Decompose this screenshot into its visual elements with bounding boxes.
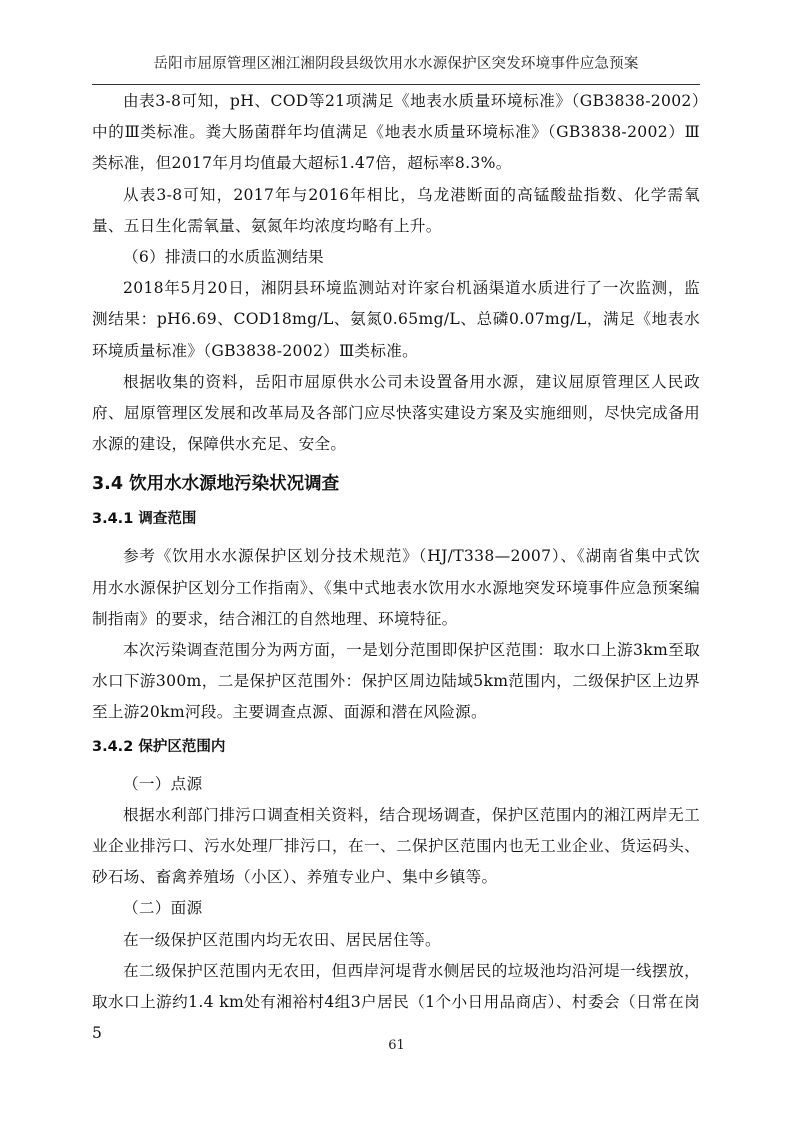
paragraph-second-level-zone: 在二级保护区范围内无农田，但西岸河堤背水侧居民的垃圾池均沿河堤一线摆放，取水口上… — [92, 956, 700, 1050]
page-number: 61 — [0, 1038, 793, 1053]
paragraph-monitoring-result: 2018年5月20日，湘阴县环境监测站对许家台机涵渠道水质进行了一次监测，监测结… — [92, 273, 700, 367]
paragraph-first-level-zone: 在一级保护区范围内均无农田、居民居住等。 — [92, 925, 700, 956]
paragraph-point-source: 根据水利部门排污口调查相关资料，结合现场调查，保护区范围内的湘江两岸无工业企业排… — [92, 800, 700, 894]
running-header: 岳阳市屈原管理区湘江湘阴段县级饮用水水源保护区突发环境事件应急预案 — [92, 52, 700, 73]
section-heading-3-4-1: 3.4.1 调查范围 — [92, 507, 700, 531]
section-heading-3-4-2: 3.4.2 保护区范围内 — [92, 735, 700, 759]
paragraph-trend-comparison: 从表3-8可知，2017年与2016年相比，乌龙港断面的高锰酸盐指数、化学需氧量… — [92, 180, 700, 242]
section-heading-3-4: 3.4 饮用水水源地污染状况调查 — [92, 471, 700, 497]
paragraph-survey-scope: 本次污染调查范围分为两方面，一是划分范围即保护区范围：取水口上游3km至取水口下… — [92, 635, 700, 729]
subheading-area-source: （二）面源 — [92, 893, 700, 924]
paragraph-standard-compliance: 由表3-8可知，pH、COD等21项满足《地表水质量环境标准》（GB3838-2… — [92, 86, 700, 180]
paragraph-backup-source: 根据收集的资料，岳阳市屈原供水公司未设置备用水源，建议屈原管理区人民政府、屈原管… — [92, 367, 700, 461]
header-divider — [92, 84, 700, 85]
page-body: 由表3-8可知，pH、COD等21项满足《地表水质量环境标准》（GB3838-2… — [92, 86, 700, 1049]
subheading-drainage-outlet: （6）排渍口的水质监测结果 — [92, 242, 700, 273]
subheading-point-source: （一）点源 — [92, 769, 700, 800]
paragraph-reference-standards: 参考《饮用水水源保护区划分技术规范》（HJ/T338—2007）、《湖南省集中式… — [92, 541, 700, 635]
